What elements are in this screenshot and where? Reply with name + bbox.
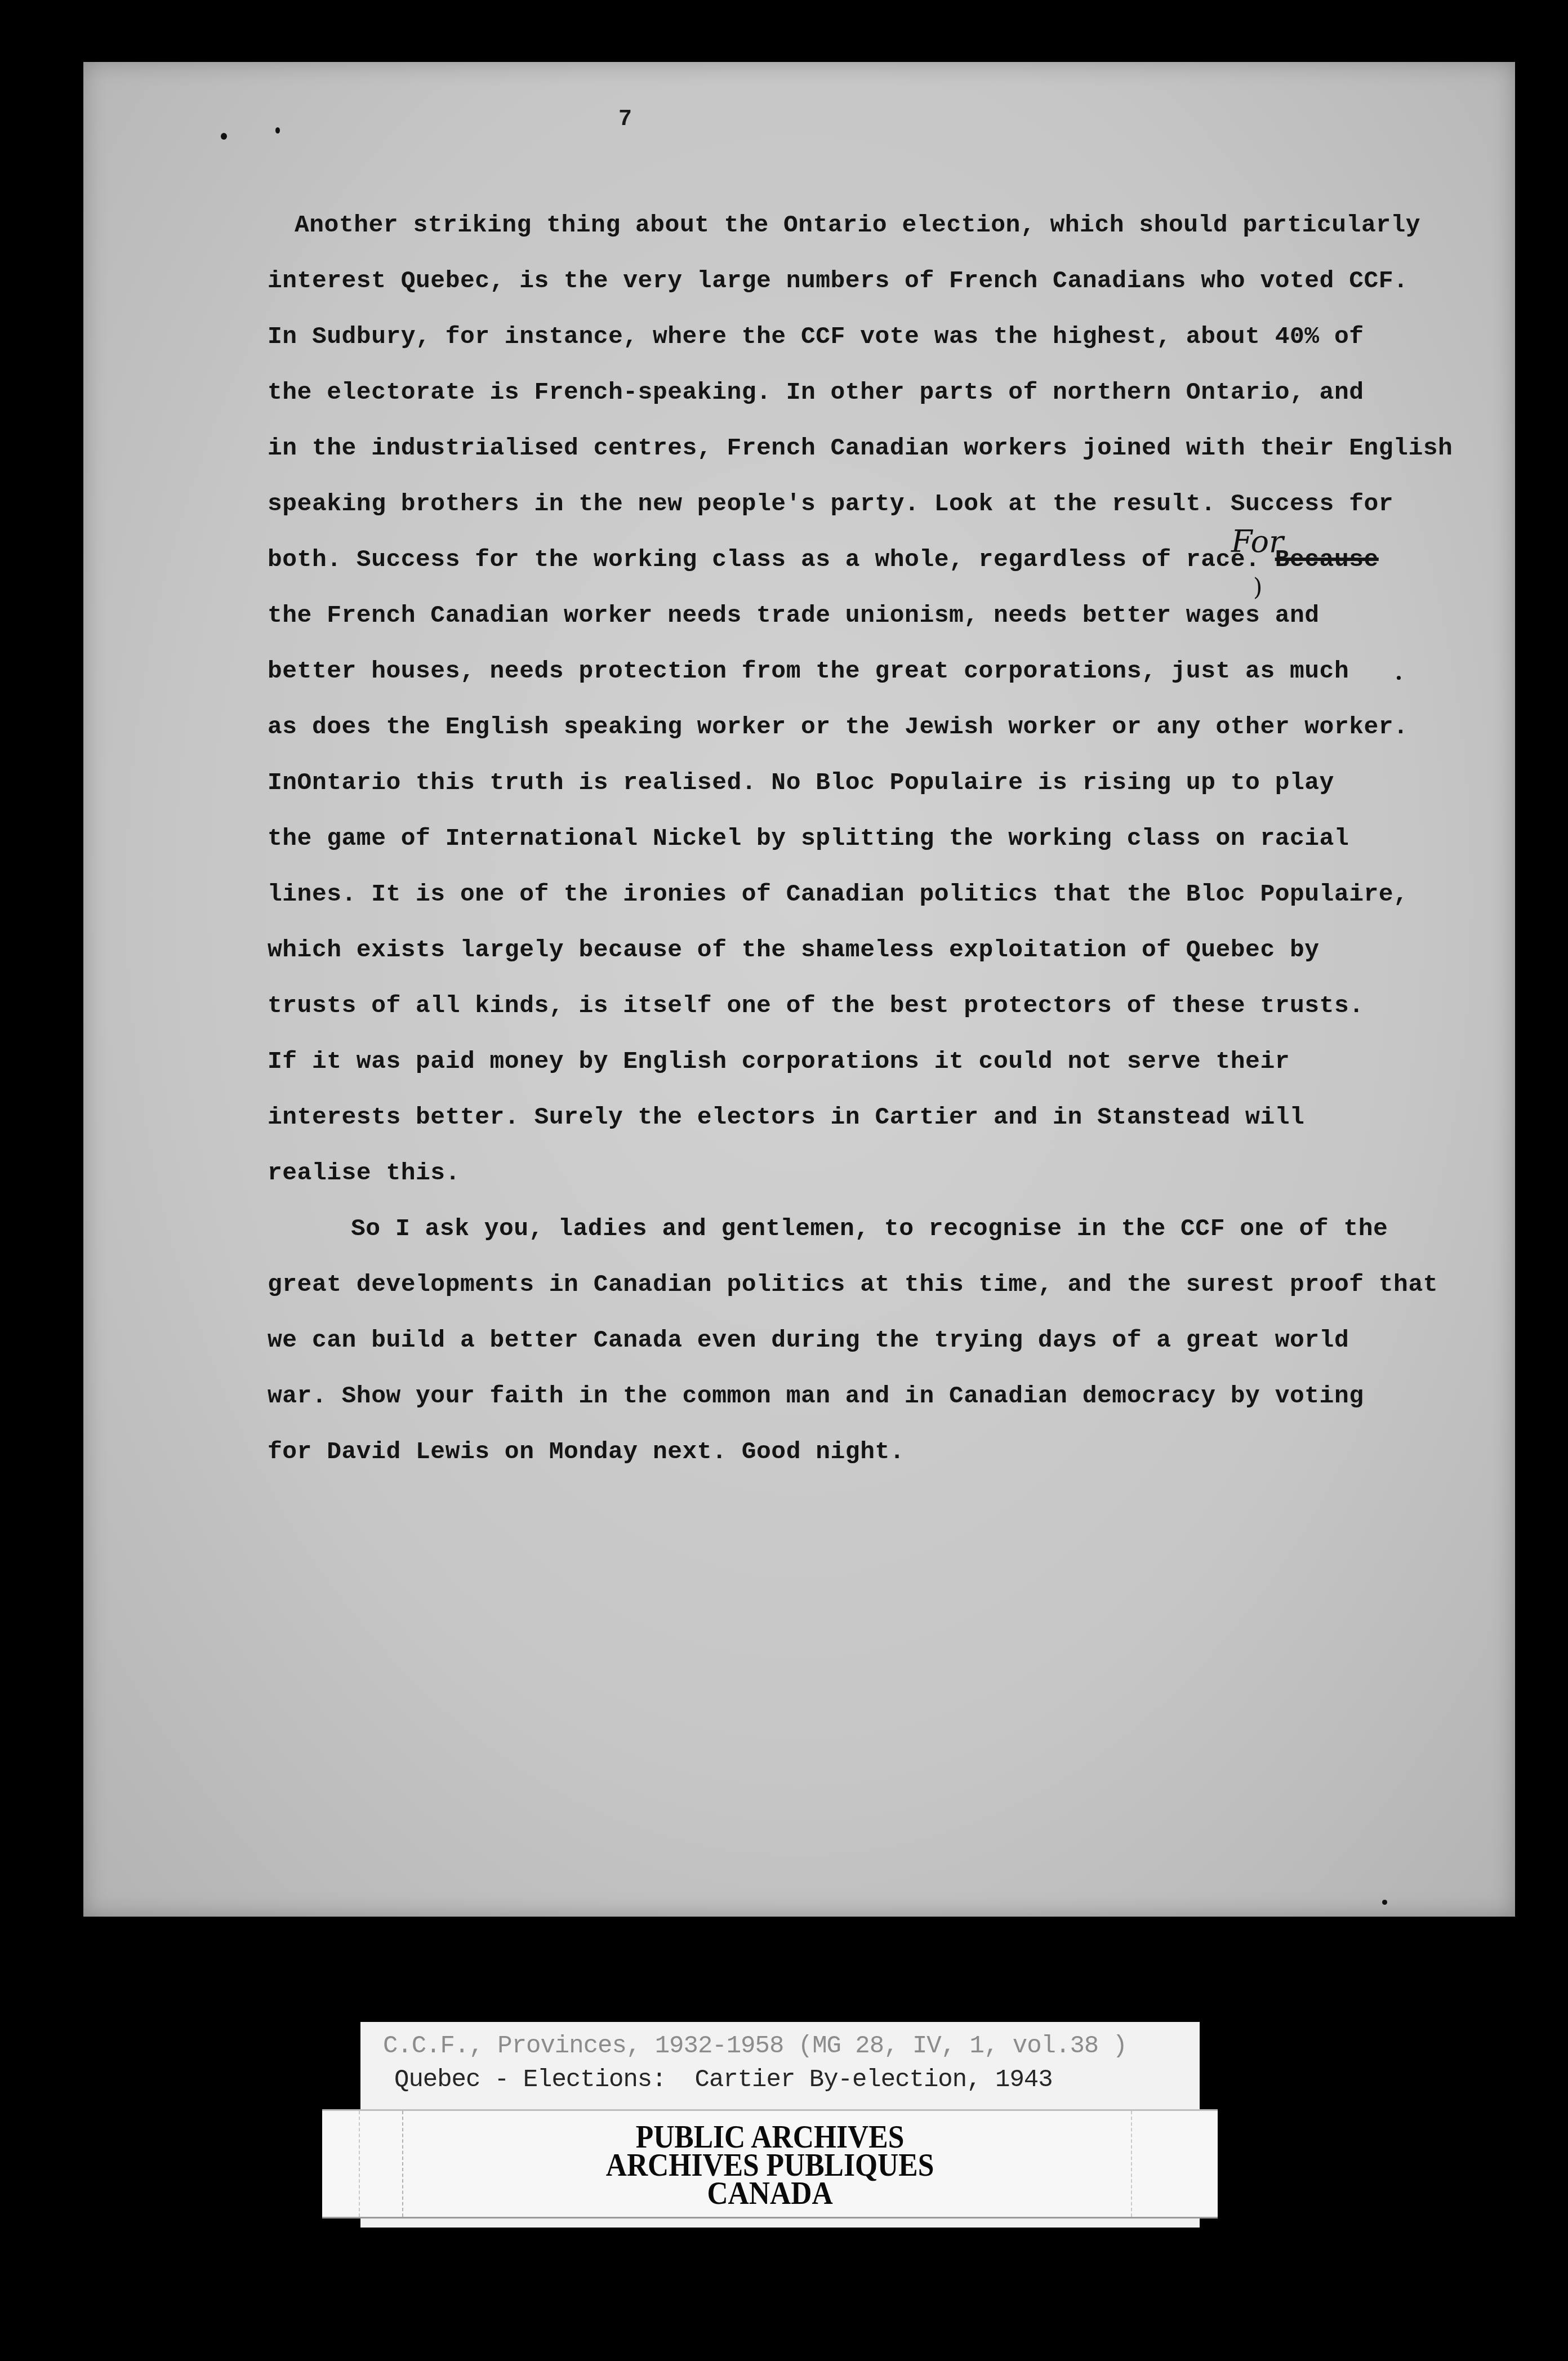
page-number: 7 <box>618 107 632 132</box>
text-line: we can build a better Canada even during… <box>268 1324 1450 1379</box>
struck-word: Because <box>1275 546 1379 573</box>
text-line: which exists largely because of the sham… <box>268 933 1450 989</box>
handwritten-mark: ) <box>1253 573 1262 601</box>
text-line: trusts of all kinds, is itself one of th… <box>268 989 1450 1045</box>
text-line: lines. It is one of the ironies of Canad… <box>268 877 1450 933</box>
speck-mark <box>275 127 280 133</box>
text-line: both. Success for the working class as a… <box>268 546 1275 573</box>
handwritten-correction: For <box>1231 524 1284 559</box>
text-line: If it was paid money by English corporat… <box>268 1045 1450 1101</box>
speck-mark <box>221 133 227 140</box>
text-line: the French Canadian worker needs trade u… <box>268 599 1450 654</box>
text-line: for David Lewis on Monday next. Good nig… <box>268 1435 1450 1491</box>
text-line: interest Quebec, is the very large numbe… <box>268 264 1450 320</box>
speck-mark <box>1382 1900 1387 1905</box>
text-line: the electorate is French-speaking. In ot… <box>268 376 1450 431</box>
stamp-line: ARCHIVES PUBLIQUES <box>358 2151 1182 2180</box>
archive-reference-line: C.C.F., Provinces, 1932-1958 (MG 28, IV,… <box>383 2032 1127 2060</box>
text-line: InOntario this truth is realised. No Blo… <box>268 766 1450 822</box>
text-line: in the industrialised centres, French Ca… <box>268 431 1450 487</box>
stamp-text: PUBLIC ARCHIVES ARCHIVES PUBLIQUES CANAD… <box>358 2123 1182 2208</box>
letter-body: Another striking thing about the Ontario… <box>268 208 1450 1491</box>
text-line: interests better. Surely the electors in… <box>268 1101 1450 1156</box>
text-line: better houses, needs protection from the… <box>268 654 1450 710</box>
text-line: the game of International Nickel by spli… <box>268 822 1450 877</box>
text-line: as does the English speaking worker or t… <box>268 710 1450 766</box>
text-line: war. Show your faith in the common man a… <box>268 1379 1450 1435</box>
text-line: realise this. <box>268 1156 1450 1212</box>
public-archives-stamp: PUBLIC ARCHIVES ARCHIVES PUBLIQUES CANAD… <box>322 2109 1218 2219</box>
archive-subject-line: Quebec - Elections: Cartier By-election,… <box>394 2066 1053 2094</box>
stamp-line: CANADA <box>358 2180 1182 2208</box>
stamp-line: PUBLIC ARCHIVES <box>358 2123 1182 2151</box>
text-line: Another striking thing about the Ontario… <box>268 208 1450 264</box>
text-line: great developments in Canadian politics … <box>268 1268 1450 1324</box>
text-line: In Sudbury, for instance, where the CCF … <box>268 320 1450 376</box>
text-line: So I ask you, ladies and gentlemen, to r… <box>268 1212 1450 1268</box>
